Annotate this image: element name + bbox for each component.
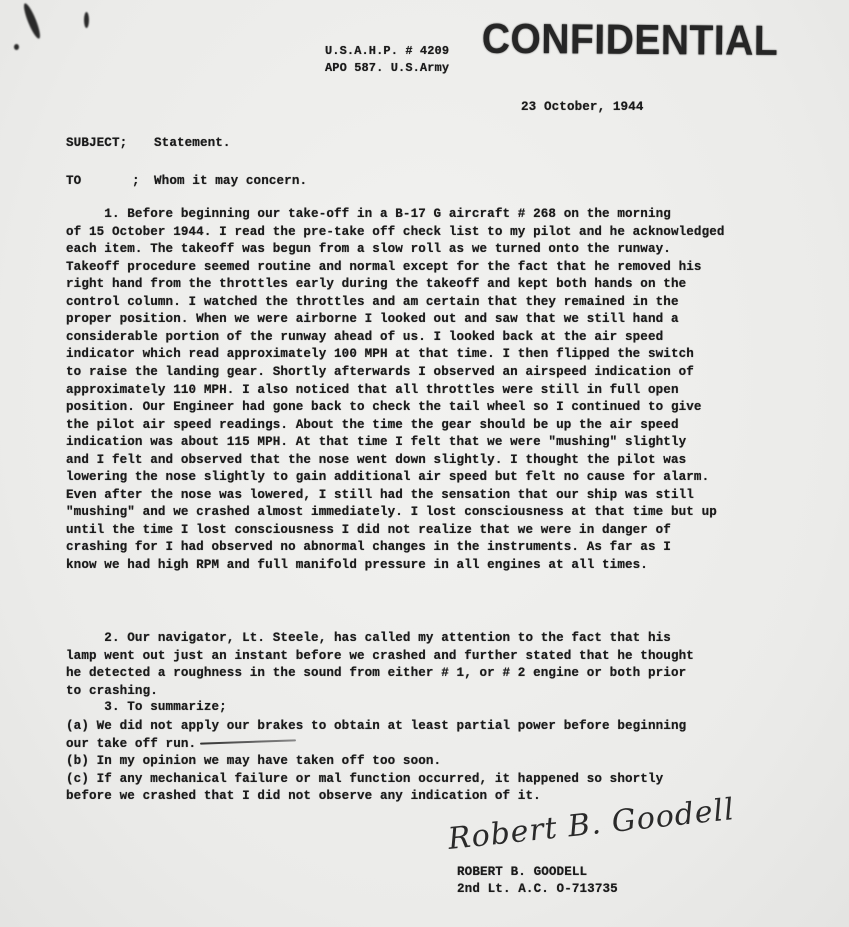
subject-label: SUBJECT; <box>66 136 127 150</box>
apo-line: APO 587. U.S.Army <box>325 61 449 75</box>
summary-heading: 3. To summarize; <box>66 700 227 714</box>
ink-smudge <box>21 2 43 40</box>
paragraph-line: Even after the nose was lowered, I still… <box>66 488 694 502</box>
document-page: U.S.A.H.P. # 4209 APO 587. U.S.Army CONF… <box>0 0 849 927</box>
summary-line: our take off run. <box>66 737 196 751</box>
paragraph-line: proper position. When we were airborne I… <box>66 312 679 326</box>
subject-value: Statement. <box>154 136 231 150</box>
ink-smudge <box>84 12 89 28</box>
signer-rank-serial: 2nd Lt. A.C. O-713735 <box>457 882 618 896</box>
summary-line: (b) In my opinion we may have taken off … <box>66 754 441 768</box>
paragraph-line: to crashing. <box>66 684 158 698</box>
paragraph-line: Takeoff procedure seemed routine and nor… <box>66 260 702 274</box>
paragraph-line: approximately 110 MPH. I also noticed th… <box>66 383 679 397</box>
paragraph-line: each item. The takeoff was begun from a … <box>66 242 671 256</box>
to-value: Whom it may concern. <box>154 174 307 188</box>
paragraph-line: he detected a roughness in the sound fro… <box>66 666 686 680</box>
summary-line: before we crashed that I did not observe… <box>66 789 541 803</box>
ink-smudge <box>14 44 19 50</box>
summary-line: (a) We did not apply our brakes to obtai… <box>66 719 686 733</box>
paragraph-line: 2. Our navigator, Lt. Steele, has called… <box>66 631 671 645</box>
paragraph-line: lamp went out just an instant before we … <box>66 649 694 663</box>
paragraph-line: position. Our Engineer had gone back to … <box>66 400 702 414</box>
paragraph-line: indicator which read approximately 100 M… <box>66 347 694 361</box>
paragraph-line: to raise the landing gear. Shortly after… <box>66 365 694 379</box>
signer-name: ROBERT B. GOODELL <box>457 865 587 879</box>
paragraph-line: know we had high RPM and full manifold p… <box>66 558 648 572</box>
paragraph-line: the pilot air speed readings. About the … <box>66 418 679 432</box>
document-date: 23 October, 1944 <box>521 100 644 114</box>
paragraph-line: considerable portion of the runway ahead… <box>66 330 663 344</box>
paragraph-line: "mushing" and we crashed almost immediat… <box>66 505 717 519</box>
to-separator: ; <box>132 174 140 188</box>
paragraph-line: indication was about 115 MPH. At that ti… <box>66 435 686 449</box>
to-label: TO <box>66 174 81 188</box>
confidential-stamp: CONFIDENTIAL <box>482 16 779 66</box>
paragraph-line: lowering the nose slightly to gain addit… <box>66 470 709 484</box>
paragraph-line: of 15 October 1944. I read the pre-take … <box>66 225 725 239</box>
paragraph-line: right hand from the throttles early duri… <box>66 277 686 291</box>
paragraph-line: 1. Before beginning our take-off in a B-… <box>66 207 671 221</box>
pen-underline-mark <box>200 739 296 744</box>
paragraph-line: crashing for I had observed no abnormal … <box>66 540 671 554</box>
paragraph-line: control column. I watched the throttles … <box>66 295 679 309</box>
paragraph-line: until the time I lost consciousness I di… <box>66 523 671 537</box>
paragraph-line: and I felt and observed that the nose we… <box>66 453 686 467</box>
summary-line: (c) If any mechanical failure or mal fun… <box>66 772 663 786</box>
hospital-line: U.S.A.H.P. # 4209 <box>325 44 449 58</box>
